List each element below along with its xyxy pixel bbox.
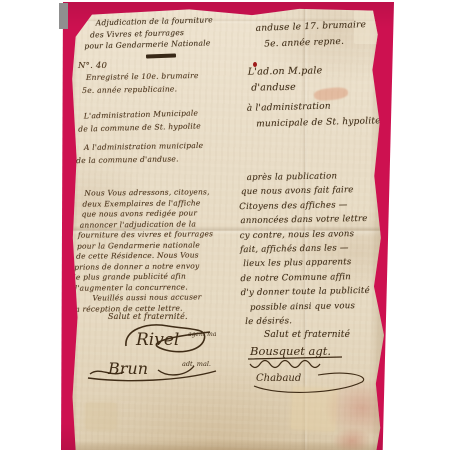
letter-body-right: après la publication que nous avons fait… bbox=[239, 169, 371, 330]
signature-name: Chabaud bbox=[256, 373, 301, 384]
signature-name: Bousquet agt. bbox=[249, 344, 331, 358]
recipient-line: de la commune d'anduse. bbox=[76, 152, 204, 167]
closing-right: Salut et fraternité bbox=[264, 330, 350, 340]
document-number: N°. 40 bbox=[78, 61, 107, 71]
reply-recipient-line: municipale de St. hypolite bbox=[246, 114, 381, 133]
recipient-block: A l'administration municipale de la comm… bbox=[76, 139, 204, 167]
reply-sender-line: L'ad.on M.pale bbox=[246, 63, 323, 80]
scan-artifact bbox=[59, 3, 68, 29]
dateline-block: anduse le 17. brumaire 5e. année repne. bbox=[251, 18, 366, 53]
photo-canvas: Adjudication de la fourniture des Vivres… bbox=[0, 0, 450, 450]
body-line: le désirés. bbox=[241, 313, 370, 330]
registration-line: 5e. année republicaine. bbox=[82, 82, 199, 97]
signature-name: Rivel bbox=[135, 330, 179, 350]
signature-note: adt. mal. bbox=[182, 360, 211, 368]
sender-line: de la commune de St. hypolite bbox=[78, 119, 201, 135]
wax-stain-small bbox=[332, 428, 372, 450]
registration-note: Enregistré le 10e. brumaire 5e. année re… bbox=[82, 69, 199, 97]
reply-recipient-block: à l'administration municipale de St. hyp… bbox=[246, 98, 381, 133]
heading-underline bbox=[146, 53, 176, 58]
letter-heading: Adjudication de la fourniture des Vivres… bbox=[84, 14, 214, 52]
signature-name: Brun bbox=[107, 359, 148, 378]
letter-body-left: Nous Vous adressons, citoyens, deux Exem… bbox=[71, 187, 214, 314]
signature-chabaud: Chabaud bbox=[248, 366, 373, 396]
dateline-line: 5e. année repne. bbox=[252, 34, 367, 53]
tape-remnant bbox=[86, 403, 116, 429]
sender-block: L'administration Municipale de la commun… bbox=[78, 106, 201, 135]
signature-brun: Brun adt. mal. bbox=[86, 352, 221, 386]
letter-paper: Adjudication de la fourniture des Vivres… bbox=[70, 8, 384, 450]
heading-line: pour la Gendarmerie Nationale bbox=[84, 37, 214, 52]
reply-sender-block: L'ad.on M.pale d'anduse bbox=[246, 63, 323, 95]
reply-sender-line: d'anduse bbox=[246, 79, 323, 96]
signature-note: agent mal. bbox=[188, 331, 216, 338]
